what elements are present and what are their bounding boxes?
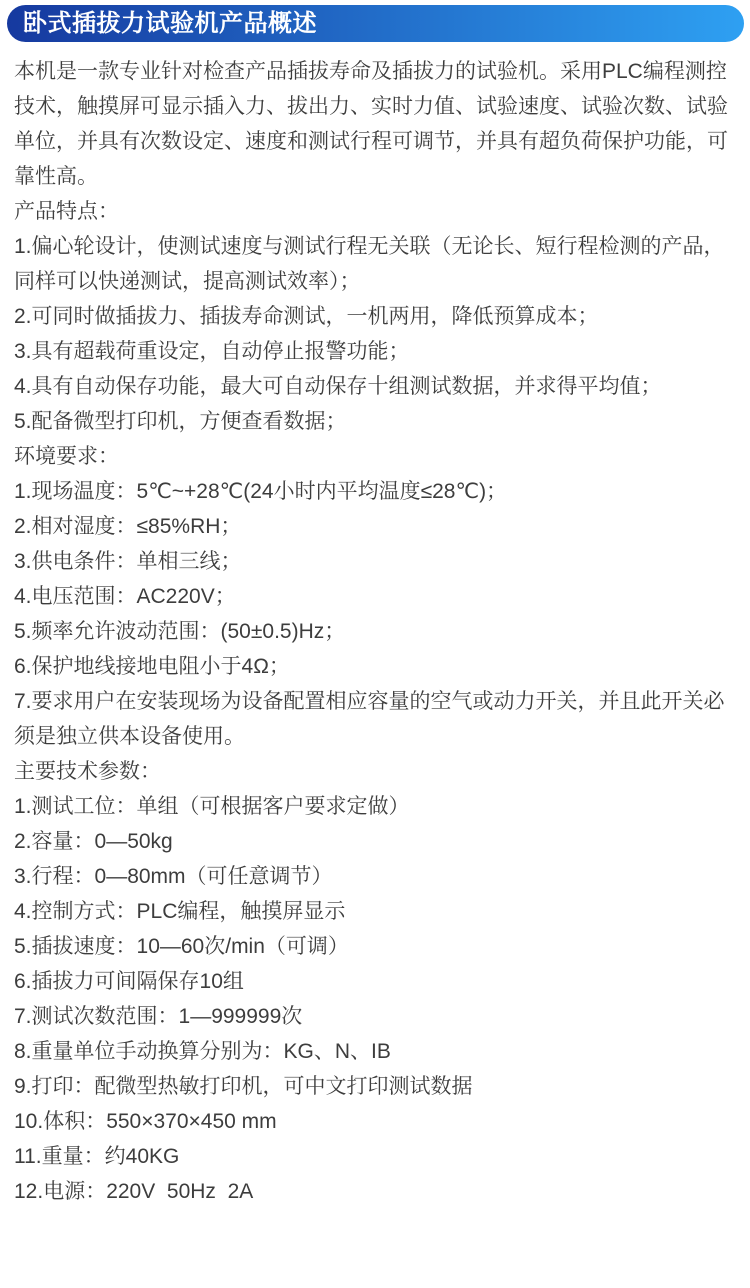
paragraph-line: 2.可同时做插拔力、插拔寿命测试，一机两用，降低预算成本； (14, 299, 736, 334)
paragraph-line: 产品特点： (14, 194, 736, 229)
paragraph-line: 1.现场温度：5℃~+28℃(24小时内平均温度≤28℃)； (14, 474, 736, 509)
paragraph-line: 5.配备微型打印机，方便查看数据； (14, 404, 736, 439)
header-banner: 卧式插拔力试验机产品概述 (7, 5, 744, 42)
paragraph-line: 本机是一款专业针对检查产品插拔寿命及插拔力的试验机。采用PLC编程测控技术，触摸… (14, 54, 736, 194)
paragraph-line: 9.打印：配微型热敏打印机，可中文打印测试数据 (14, 1069, 736, 1104)
paragraph-line: 6.保护地线接地电阻小于4Ω； (14, 649, 736, 684)
paragraph-line: 3.行程：0—80mm（可任意调节） (14, 859, 736, 894)
paragraph-line: 8.重量单位手动换算分别为：KG、N、IB (14, 1034, 736, 1069)
paragraph-line: 5.插拔速度：10—60次/min（可调） (14, 929, 736, 964)
page: { "header": { "title": "卧式插拔力试验机产品概述", "… (0, 5, 750, 1288)
paragraph-line: 1.偏心轮设计，使测试速度与测试行程无关联（无论长、短行程检测的产品，同样可以快… (14, 229, 736, 299)
paragraph-line: 4.具有自动保存功能，最大可自动保存十组测试数据，并求得平均值； (14, 369, 736, 404)
paragraph-line: 5.频率允许波动范围：(50±0.5)Hz； (14, 614, 736, 649)
paragraph-line: 7.测试次数范围：1—999999次 (14, 999, 736, 1034)
paragraph-line: 4.控制方式：PLC编程，触摸屏显示 (14, 894, 736, 929)
paragraph-line: 1.测试工位：单组（可根据客户要求定做） (14, 789, 736, 824)
paragraph-line: 10.体积：550×370×450 mm (14, 1104, 736, 1139)
paragraph-line: 2.容量：0—50kg (14, 824, 736, 859)
paragraph-line: 11.重量：约40KG (14, 1139, 736, 1174)
page-title: 卧式插拔力试验机产品概述 (23, 12, 317, 36)
paragraph-line: 7.要求用户在安装现场为设备配置相应容量的空气或动力开关，并且此开关必须是独立供… (14, 684, 736, 754)
paragraph-line: 6.插拔力可间隔保存10组 (14, 964, 736, 999)
paragraph-line: 12.电源：220V 50Hz 2A (14, 1174, 736, 1209)
paragraph-line: 4.电压范围：AC220V； (14, 579, 736, 614)
paragraph-line: 3.具有超载荷重设定，自动停止报警功能； (14, 334, 736, 369)
paragraph-line: 环境要求： (14, 439, 736, 474)
paragraph-line: 3.供电条件：单相三线； (14, 544, 736, 579)
paragraph-line: 主要技术参数： (14, 754, 736, 789)
paragraph-line: 2.相对湿度：≤85%RH； (14, 509, 736, 544)
product-description-body: 本机是一款专业针对检查产品插拔寿命及插拔力的试验机。采用PLC编程测控技术，触摸… (0, 42, 750, 1249)
